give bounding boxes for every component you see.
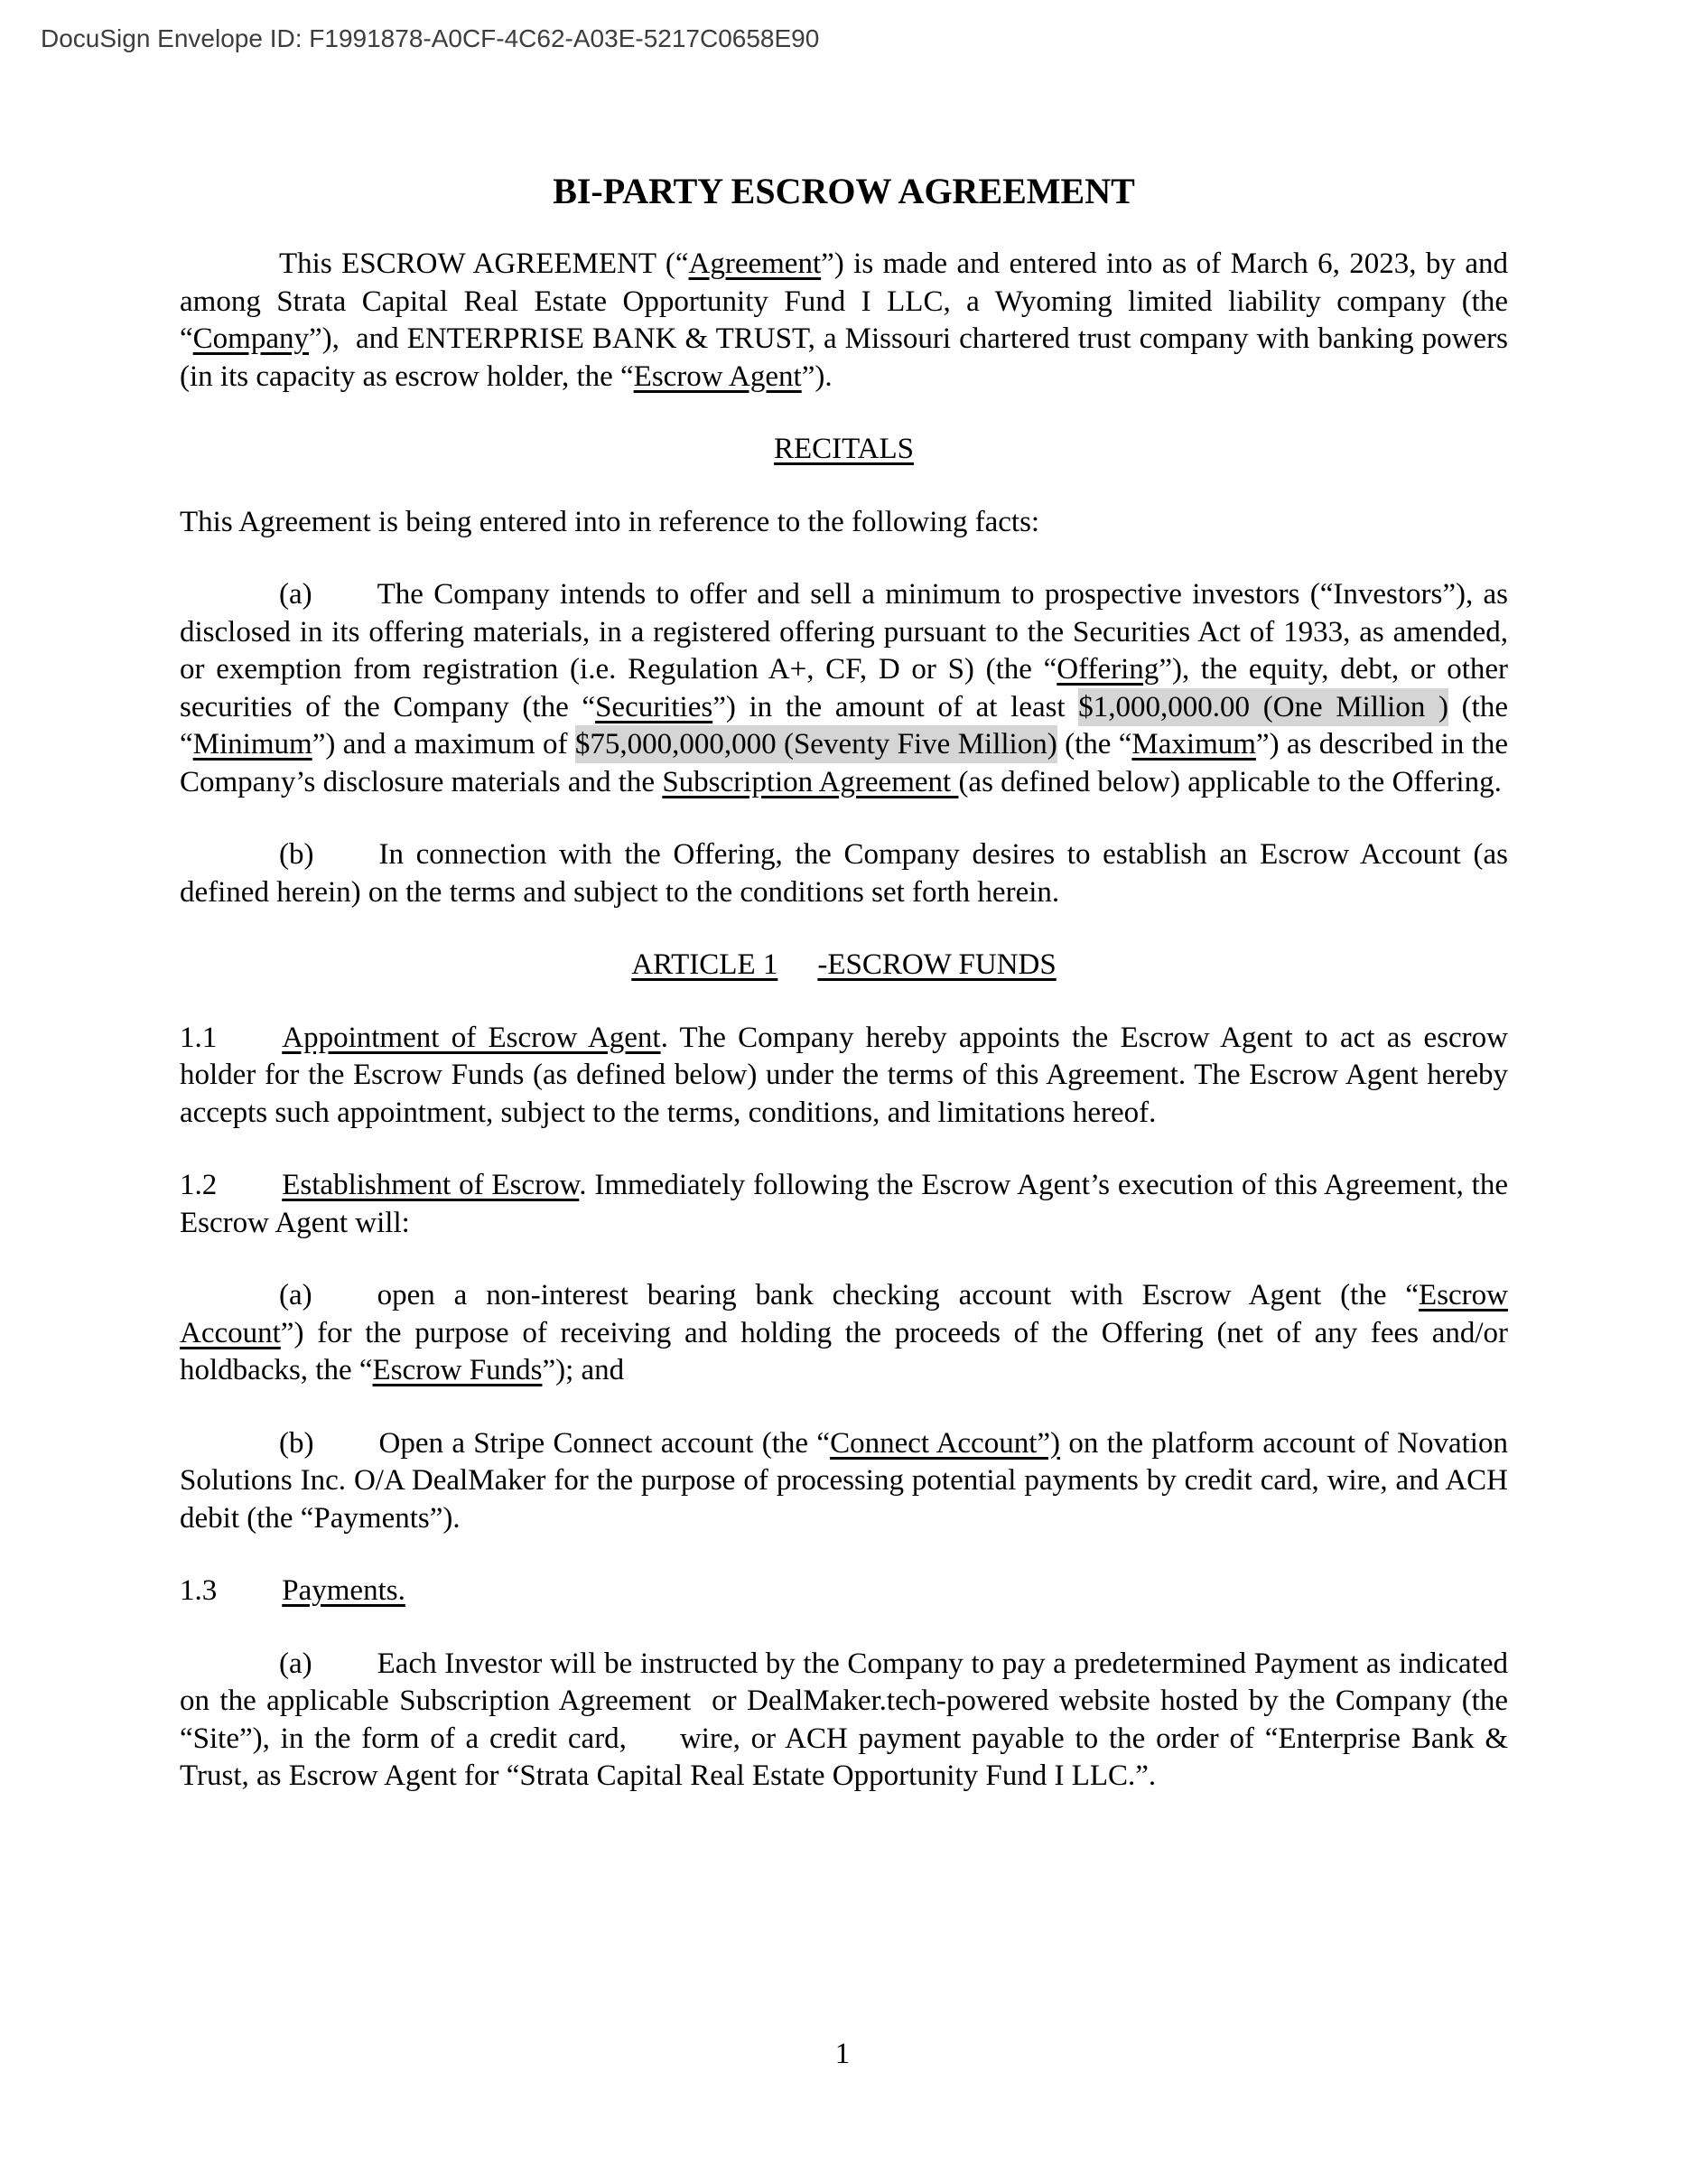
underlined-text: Offering [1057,653,1159,686]
paragraph-section-1-3-a: (a)Each Investor will be instructed by t… [180,1646,1508,1796]
paragraph-section-1-2: 1.2Establishment of Escrow. Immediately … [180,1167,1508,1242]
paragraph-section-1-2-b: (b)Open a Stripe Connect account (the “C… [180,1425,1508,1538]
text-run: 1.2 [180,1169,217,1201]
underlined-text: Subscription Agreement [662,766,958,798]
text-run: (b) [279,838,313,871]
document-title: BI-PARTY ESCROW AGREEMENT [180,170,1508,213]
heading-recitals: RECITALS [180,431,1508,469]
text-run: ”). [802,360,833,393]
paragraph-section-1-2-a: (a)open a non-interest bearing bank chec… [180,1277,1508,1390]
paragraph-recital-b: (b)In connection with the Offering, the … [180,836,1508,911]
text-run: In connection with the Offering, the Com… [180,838,1508,909]
underlined-text: Payments. [282,1574,405,1607]
underlined-text: RECITALS [774,433,914,465]
paragraph-recitals-intro: This Agreement is being entered into in … [180,504,1508,542]
text-run: This ESCROW AGREEMENT (“ [279,247,689,280]
paragraph-recital-a: (a)The Company intends to offer and sell… [180,576,1508,801]
text-run: (a) [279,1279,312,1311]
paragraph-section-1-1: 1.1Appointment of Escrow Agent. The Comp… [180,1020,1508,1133]
heading-article-1: ARTICLE 1-ESCROW FUNDS [180,947,1508,985]
text-run: (a) [279,1647,312,1680]
underlined-text: ARTICLE 1 [631,948,777,981]
text-run: Open a Stripe Connect account (the “ [378,1427,830,1460]
underlined-text: Company [193,322,309,355]
underlined-text: Maximum [1131,728,1256,761]
text-run: Each Investor will be instructed by the … [180,1647,1508,1793]
text-run: ”) in the amount of at least [712,691,1078,723]
underlined-text: -ESCROW FUNDS [817,948,1056,981]
highlighted-text: $1,000,000.00 (One Million ) [1078,688,1448,726]
underlined-text: Appointment of Escrow Agent [282,1022,660,1054]
heading-section-1-3: 1.3Payments. [180,1573,1508,1610]
underlined-text: Minimum [193,728,312,761]
text-run: open a non-interest bearing bank checkin… [377,1279,1419,1311]
text-run: (as defined below) applicable to the Off… [958,766,1501,798]
paragraph-preamble: This ESCROW AGREEMENT (“Agreement”) is m… [180,246,1508,396]
text-run: 1.3 [180,1574,217,1607]
text-run: (the “ [1057,728,1132,761]
underlined-text: Connect Account”) [830,1427,1060,1460]
highlighted-text: $75,000,000,000 (Seventy Five Million) [575,725,1057,763]
document-body: BI-PARTY ESCROW AGREEMENT This ESCROW AG… [180,0,1508,1831]
underlined-text: Escrow Agent [634,360,802,393]
text-run: (b) [279,1427,313,1460]
text-run: ”) and a maximum of [312,728,575,761]
underlined-text: Escrow Funds [373,1354,543,1386]
underlined-text: Agreement [689,247,822,280]
underlined-text: Securities [595,691,712,723]
text-run: (a) [279,578,312,611]
page-number: 1 [0,2036,1685,2074]
text-run: ”); and [542,1354,624,1386]
text-run: 1.1 [180,1022,217,1054]
text-run: ”), and ENTERPRISE BANK & TRUST, a Misso… [180,322,1508,393]
underlined-text: Establishment of Escrow [282,1169,579,1201]
text-run: This Agreement is being entered into in … [180,506,1039,538]
